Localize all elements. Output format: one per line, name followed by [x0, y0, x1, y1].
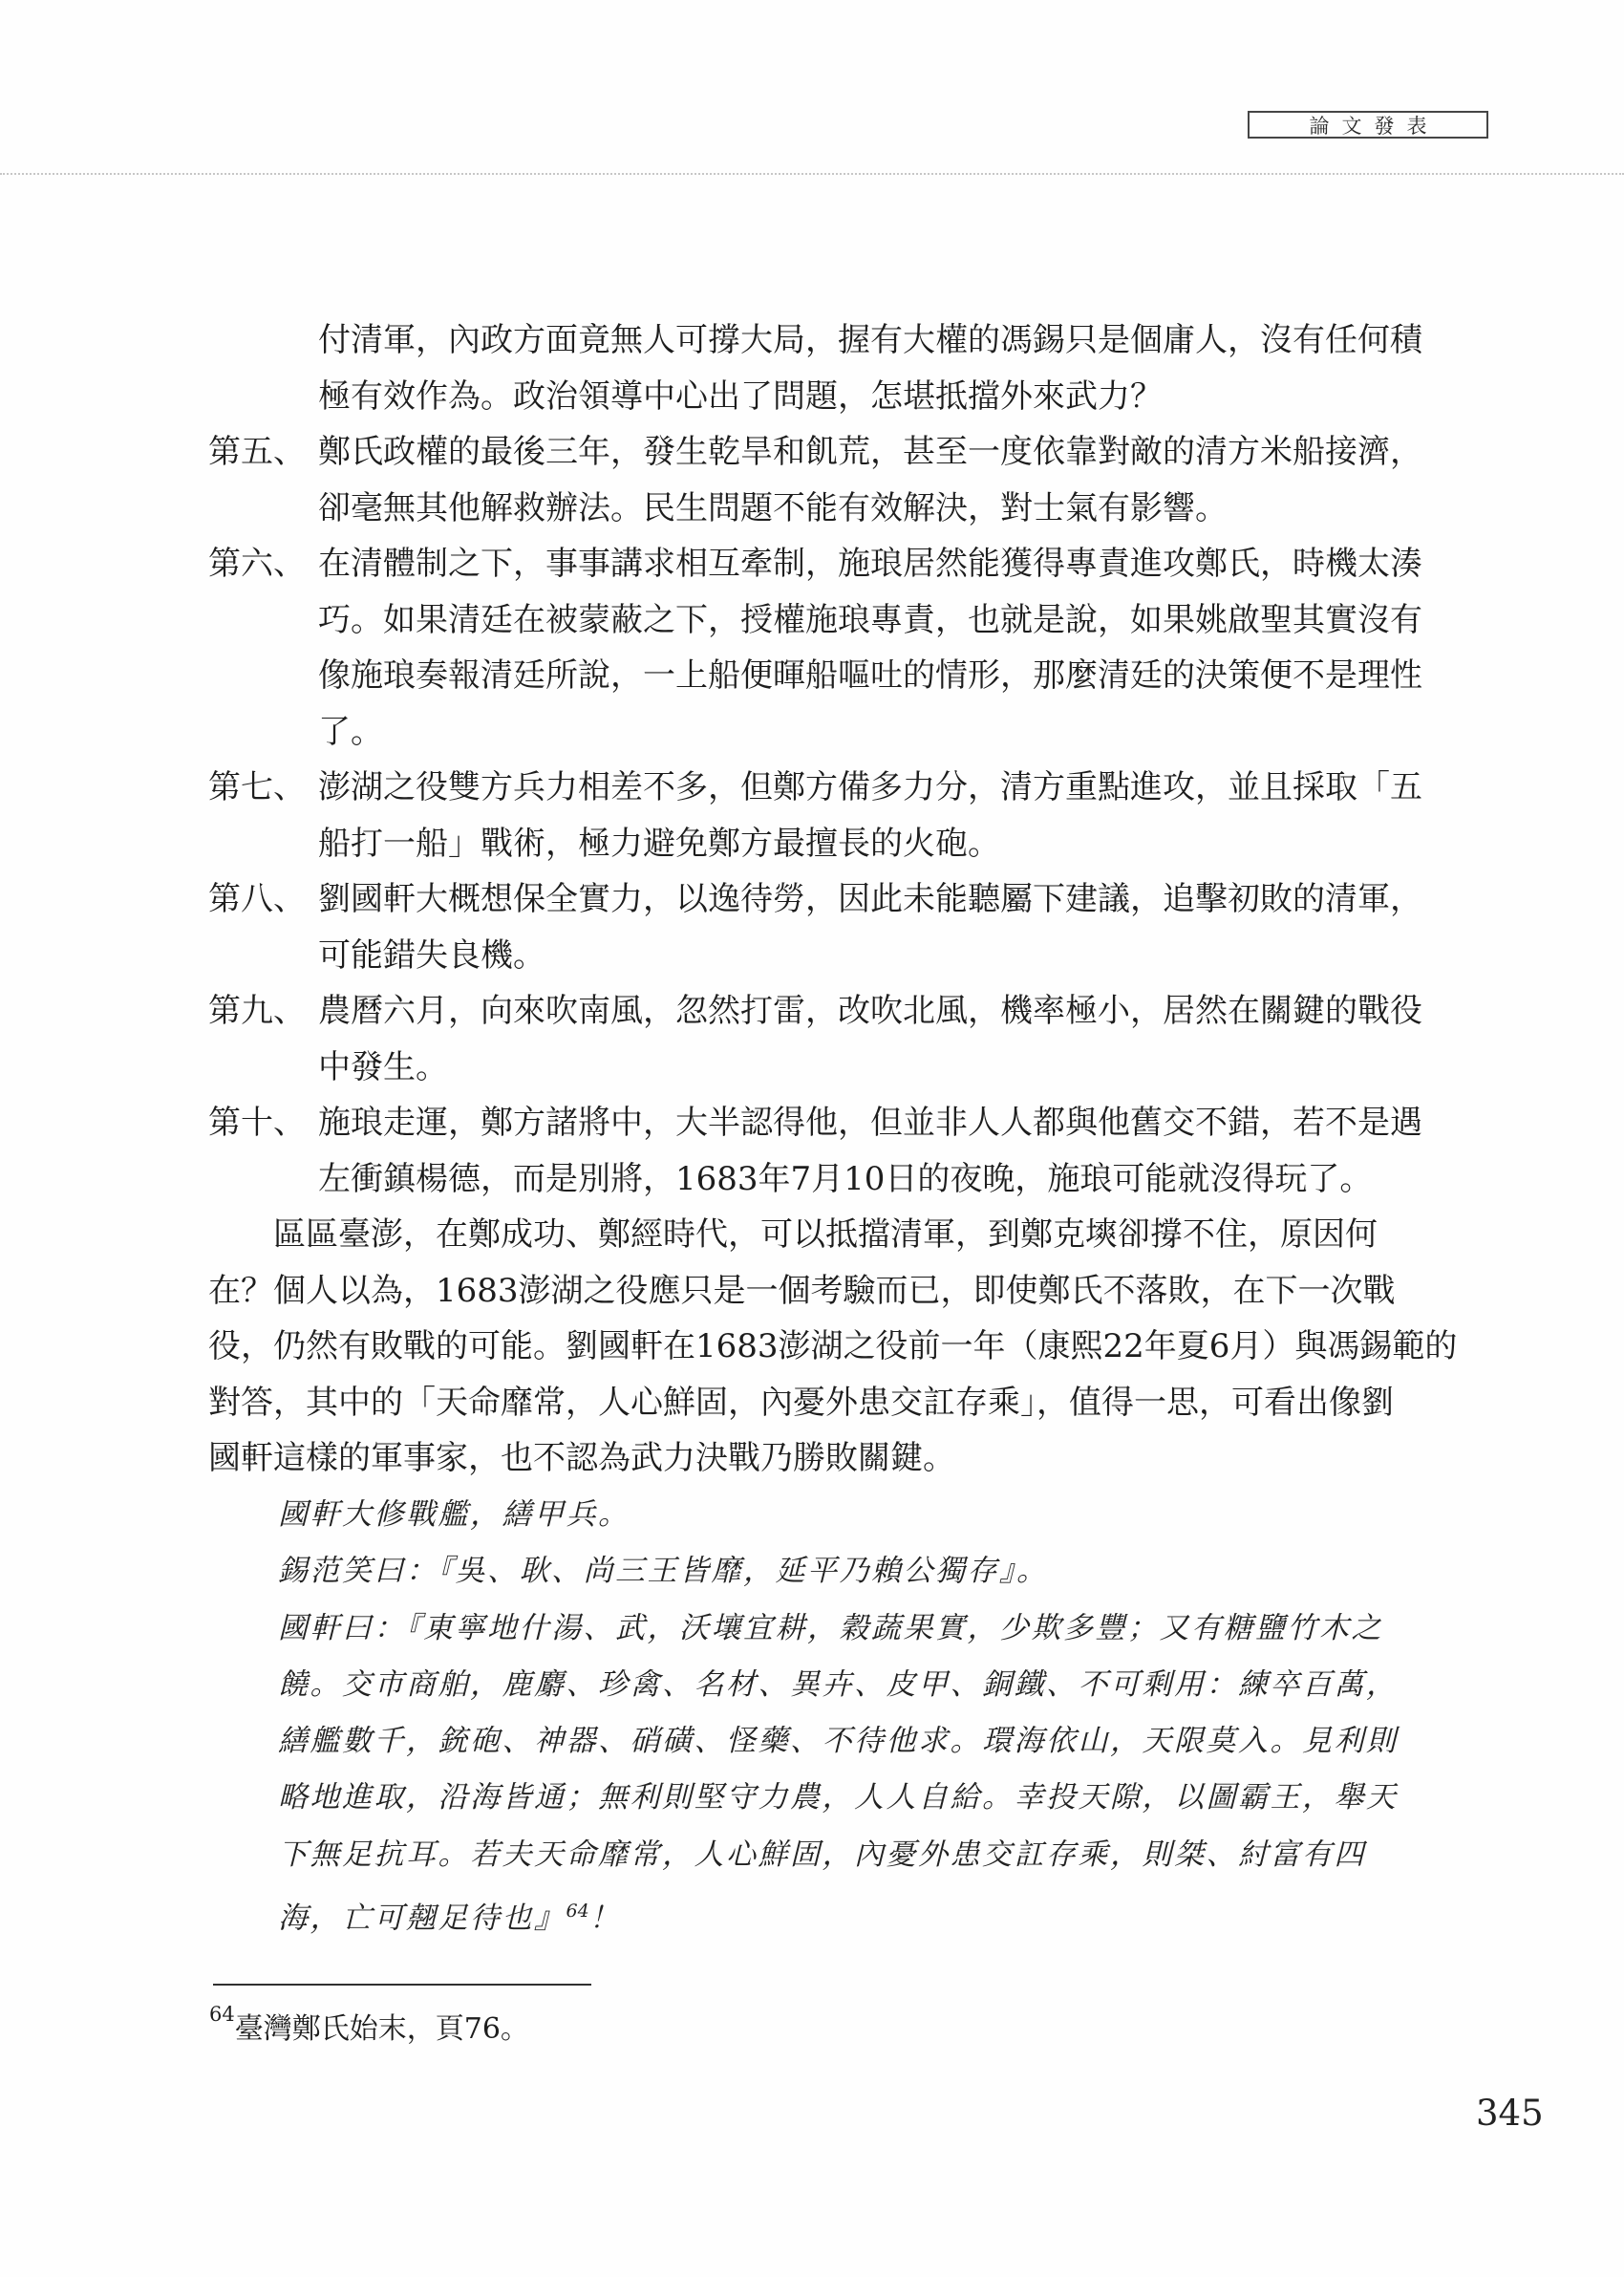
list-item-line: 卻毫無其他解救辦法。民生問題不能有效解決，對士氣有影響。 [208, 481, 1450, 537]
line-text: 區區臺澎，在鄭成功、鄭經時代，可以抵擋清軍，到鄭克塽卻撐不住，原因何 [273, 1215, 1378, 1254]
line-text: 在清體制之下，事事講求相互牽制，施琅居然能獲得專責進攻鄭氏，時機太湊 [318, 545, 1422, 583]
list-item-line: 可能錯失良機。 [208, 928, 1450, 984]
footnote-marker: 64 [209, 2003, 235, 2026]
list-item-line: 第九、農曆六月，向來吹南風，忽然打雷，改吹北風，機率極小，居然在關鍵的戰役 [208, 983, 1450, 1040]
list-item-line: 像施琅奏報清廷所說，一上船便暉船嘔吐的情形，那麼清廷的決策便不是理性 [208, 648, 1450, 704]
paragraph-line: 區區臺澎，在鄭成功、鄭經時代，可以抵擋清軍，到鄭克塽卻撐不住，原因何 [208, 1207, 1450, 1263]
quote-line: 繕艦數千，銃砲、神器、硝磺、怪藥、不待他求。環海依山，天限莫入。見利則 [278, 1713, 1399, 1770]
list-item-label: 第八、 [208, 871, 318, 928]
line-text: 對答，其中的「天命靡常，人心鮮固，內憂外患交訌存乘」，值得一思，可看出像劉 [208, 1384, 1394, 1422]
list-item-line: 第六、在清體制之下，事事講求相互牽制，施琅居然能獲得專責進攻鄭氏，時機太湊 [208, 536, 1450, 592]
list-item-line: 中發生。 [208, 1040, 1450, 1096]
quote-line: 下無足抗耳。若夫天命靡常，人心鮮固，內憂外患交訌存乘，則桀、紂富有四 [278, 1827, 1399, 1883]
page-number: 345 [1476, 2093, 1544, 2134]
line-text: 極有效作為。政治領導中心出了問題，怎堪抵擋外來武力？ [318, 377, 1163, 416]
line-text: 劉國軒大概想保全實力，以逸待勞，因此未能聽屬下建議，追擊初敗的清軍， [318, 880, 1422, 918]
paragraph-line: 對答，其中的「天命靡常，人心鮮固，內憂外患交訌存乘」，值得一思，可看出像劉 [208, 1375, 1450, 1431]
body-text: 付清軍，內政方面竟無人可撐大局，握有大權的馮錫只是個庸人，沒有任何積 極有效作為… [208, 312, 1450, 1487]
list-item-label: 第七、 [208, 760, 318, 816]
list-item-line: 左衝鎮楊德，而是別將，1683年7月10日的夜晚，施琅可能就沒得玩了。 [208, 1151, 1450, 1208]
line-text: 農曆六月，向來吹南風，忽然打雷，改吹北風，機率極小，居然在關鍵的戰役 [318, 992, 1422, 1030]
list-item-line: 巧。如果清廷在被蒙蔽之下，授權施琅專責，也就是說，如果姚啟聖其實沒有 [208, 592, 1450, 649]
list-item-label: 第五、 [208, 424, 318, 481]
quote-line: 海，亡可翹足待也』64！ [278, 1883, 1399, 1940]
list-item-line: 第五、鄭氏政權的最後三年，發生乾旱和飢荒，甚至一度依靠對敵的清方米船接濟， [208, 424, 1450, 481]
quote-text: 國軒曰：『東寧地什湯、武，沃壤宜耕，穀蔬果實，少欺多豐；又有糖鹽竹木之 [278, 1611, 1383, 1645]
quote-line: 饒。交市商舶，鹿麝、珍禽、名材、異卉、皮甲、銅鐵、不可剩用：練卒百萬， [278, 1657, 1399, 1713]
line-text: 船打一船」戰術，極力避免鄭方最擅長的火砲。 [318, 825, 1000, 863]
footnote: 64臺灣鄭氏始末，頁76。 [209, 1993, 529, 2051]
quote-text: ！ [589, 1901, 622, 1935]
paragraph-line: 在？個人以為，1683澎湖之役應只是一個考驗而已，即使鄭氏不落敗，在下一次戰 [208, 1263, 1450, 1320]
list-item-label: 第九、 [208, 983, 318, 1040]
quote-line: 國軒大修戰艦，繕甲兵。 [278, 1487, 1399, 1543]
quote-line: 國軒曰：『東寧地什湯、武，沃壤宜耕，穀蔬果實，少欺多豐；又有糖鹽竹木之 [278, 1600, 1399, 1657]
line-text: 像施琅奏報清廷所說，一上船便暉船嘔吐的情形，那麼清廷的決策便不是理性 [318, 656, 1422, 695]
paragraph-line: 役，仍然有敗戰的可能。劉國軒在1683澎湖之役前一年（康熙22年夏6月）與馮錫範… [208, 1319, 1450, 1375]
line-text: 卻毫無其他解救辦法。民生問題不能有效解決，對士氣有影響。 [318, 489, 1228, 527]
dotted-separator [0, 173, 1624, 175]
paragraph-line: 國軒這樣的軍事家，也不認為武力決戰乃勝敗關鍵。 [208, 1430, 1450, 1487]
line-text: 左衝鎮楊德，而是別將，1683年7月10日的夜晚，施琅可能就沒得玩了。 [318, 1160, 1372, 1198]
quote-text: 海，亡可翹足待也』 [278, 1901, 566, 1935]
line-text: 役，仍然有敗戰的可能。劉國軒在1683澎湖之役前一年（康熙22年夏6月）與馮錫範… [208, 1327, 1457, 1365]
line-text: 了。 [318, 713, 383, 751]
line-text: 在？個人以為，1683澎湖之役應只是一個考驗而已，即使鄭氏不落敗，在下一次戰 [208, 1272, 1396, 1310]
line-text: 澎湖之役雙方兵力相差不多，但鄭方備多力分，清方重點進攻，並且採取「五 [318, 768, 1422, 806]
list-item-line: 第八、劉國軒大概想保全實力，以逸待勞，因此未能聽屬下建議，追擊初敗的清軍， [208, 871, 1450, 928]
line-text: 施琅走運，鄭方諸將中，大半認得他，但並非人人都與他舊交不錯，若不是遇 [318, 1104, 1422, 1142]
footnote-reference: 64 [566, 1901, 589, 1922]
quote-text: 錫范笑曰：『吳、耿、尚三王皆靡，延平乃賴公獨存』。 [278, 1554, 1049, 1588]
list-item-line: 極有效作為。政治領導中心出了問題，怎堪抵擋外來武力？ [208, 369, 1450, 425]
quote-text: 饒。交市商舶，鹿麝、珍禽、名材、異卉、皮甲、銅鐵、不可剩用：練卒百萬， [278, 1667, 1399, 1702]
quote-text: 略地進取，沿海皆通；無利則堅守力農，人人自給。幸投天隙，以圖霸王，舉天 [278, 1780, 1399, 1815]
quote-line: 錫范笑曰：『吳、耿、尚三王皆靡，延平乃賴公獨存』。 [278, 1543, 1399, 1600]
footnote-separator [213, 1984, 591, 1986]
footnote-text: 臺灣鄭氏始末，頁76。 [235, 2012, 529, 2046]
list-item-line: 了。 [208, 704, 1450, 761]
list-item-label: 第十、 [208, 1095, 318, 1151]
document-page: 論文發表 付清軍，內政方面竟無人可撐大局，握有大權的馮錫只是個庸人，沒有任何積 … [0, 0, 1624, 2277]
line-text: 國軒這樣的軍事家，也不認為武力決戰乃勝敗關鍵。 [208, 1439, 955, 1477]
list-item-line: 船打一船」戰術，極力避免鄭方最擅長的火砲。 [208, 816, 1450, 872]
quote-block: 國軒大修戰艦，繕甲兵。 錫范笑曰：『吳、耿、尚三王皆靡，延平乃賴公獨存』。 國軒… [278, 1487, 1399, 1940]
line-text: 付清軍，內政方面竟無人可撐大局，握有大權的馮錫只是個庸人，沒有任何積 [318, 321, 1422, 359]
line-text: 中發生。 [318, 1048, 448, 1086]
quote-text: 國軒大修戰艦，繕甲兵。 [278, 1497, 630, 1532]
header-title-box: 論文發表 [1248, 111, 1488, 139]
line-text: 鄭氏政權的最後三年，發生乾旱和飢荒，甚至一度依靠對敵的清方米船接濟， [318, 433, 1422, 471]
list-item-line: 第十、施琅走運，鄭方諸將中，大半認得他，但並非人人都與他舊交不錯，若不是遇 [208, 1095, 1450, 1151]
quote-text: 繕艦數千，銃砲、神器、硝磺、怪藥、不待他求。環海依山，天限莫入。見利則 [278, 1724, 1399, 1758]
line-text: 可能錯失良機。 [318, 936, 545, 975]
quote-text: 下無足抗耳。若夫天命靡常，人心鮮固，內憂外患交訌存乘，則桀、紂富有四 [278, 1837, 1366, 1872]
list-item-line: 付清軍，內政方面竟無人可撐大局，握有大權的馮錫只是個庸人，沒有任何積 [208, 312, 1450, 369]
quote-line: 略地進取，沿海皆通；無利則堅守力農，人人自給。幸投天隙，以圖霸王，舉天 [278, 1770, 1399, 1826]
line-text: 巧。如果清廷在被蒙蔽之下，授權施琅專責，也就是說，如果姚啟聖其實沒有 [318, 601, 1422, 639]
list-item-line: 第七、澎湖之役雙方兵力相差不多，但鄭方備多力分，清方重點進攻，並且採取「五 [208, 760, 1450, 816]
list-item-label: 第六、 [208, 536, 318, 592]
header-title: 論文發表 [1297, 111, 1440, 140]
